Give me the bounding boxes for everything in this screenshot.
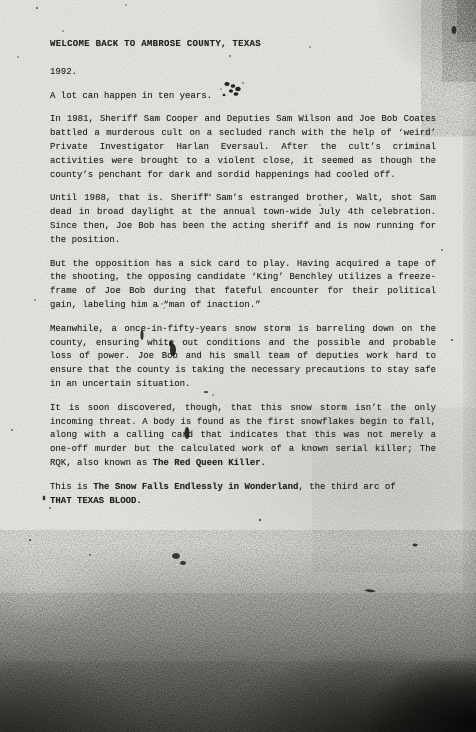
text-segment: This is [50, 482, 93, 492]
text-segment: THAT TEXAS BLOOD. [50, 496, 142, 506]
text-segment: Until 1988, that is. Sheriff Sam’s estra… [50, 193, 436, 244]
text-segment: A lot can happen in ten years. [50, 91, 212, 101]
paragraph-year: 1992. [50, 66, 436, 80]
page-title: WELCOME BACK TO AMBROSE COUNTY, TEXAS [50, 38, 436, 52]
paragraph-arc-title: This is The Snow Falls Endlessly in Wond… [50, 481, 436, 509]
paragraph-1981-backstory: In 1981, Sheriff Sam Cooper and Deputies… [50, 113, 436, 182]
paragraph-ten-years: A lot can happen in ten years. [50, 90, 436, 104]
text-segment: In 1981, Sheriff Sam Cooper and Deputies… [50, 114, 436, 179]
text-segment: The Red Queen Killer [153, 458, 261, 468]
text-segment: Meanwhile, a once-in-fifty-years snow st… [50, 324, 436, 389]
text-segment: But the opposition has a sick card to pl… [50, 259, 436, 310]
scanned-typewritten-page: WELCOME BACK TO AMBROSE COUNTY, TEXAS 19… [0, 0, 476, 732]
text-segment: 1992. [50, 67, 77, 77]
text-segment: , the third arc of [298, 482, 395, 492]
text-segment: . [261, 458, 266, 468]
paragraph-snowstorm: Meanwhile, a once-in-fifty-years snow st… [50, 323, 436, 392]
text-segment: The Snow Falls Endlessly in Wonderland [93, 482, 298, 492]
paragraph-serial-killer: It is soon discovered, though, that this… [50, 402, 436, 471]
paragraph-1988-shooting: Until 1988, that is. Sheriff Sam’s estra… [50, 192, 436, 247]
paragraph-opposition: But the opposition has a sick card to pl… [50, 258, 436, 313]
typed-text-block: WELCOME BACK TO AMBROSE COUNTY, TEXAS 19… [50, 38, 436, 508]
